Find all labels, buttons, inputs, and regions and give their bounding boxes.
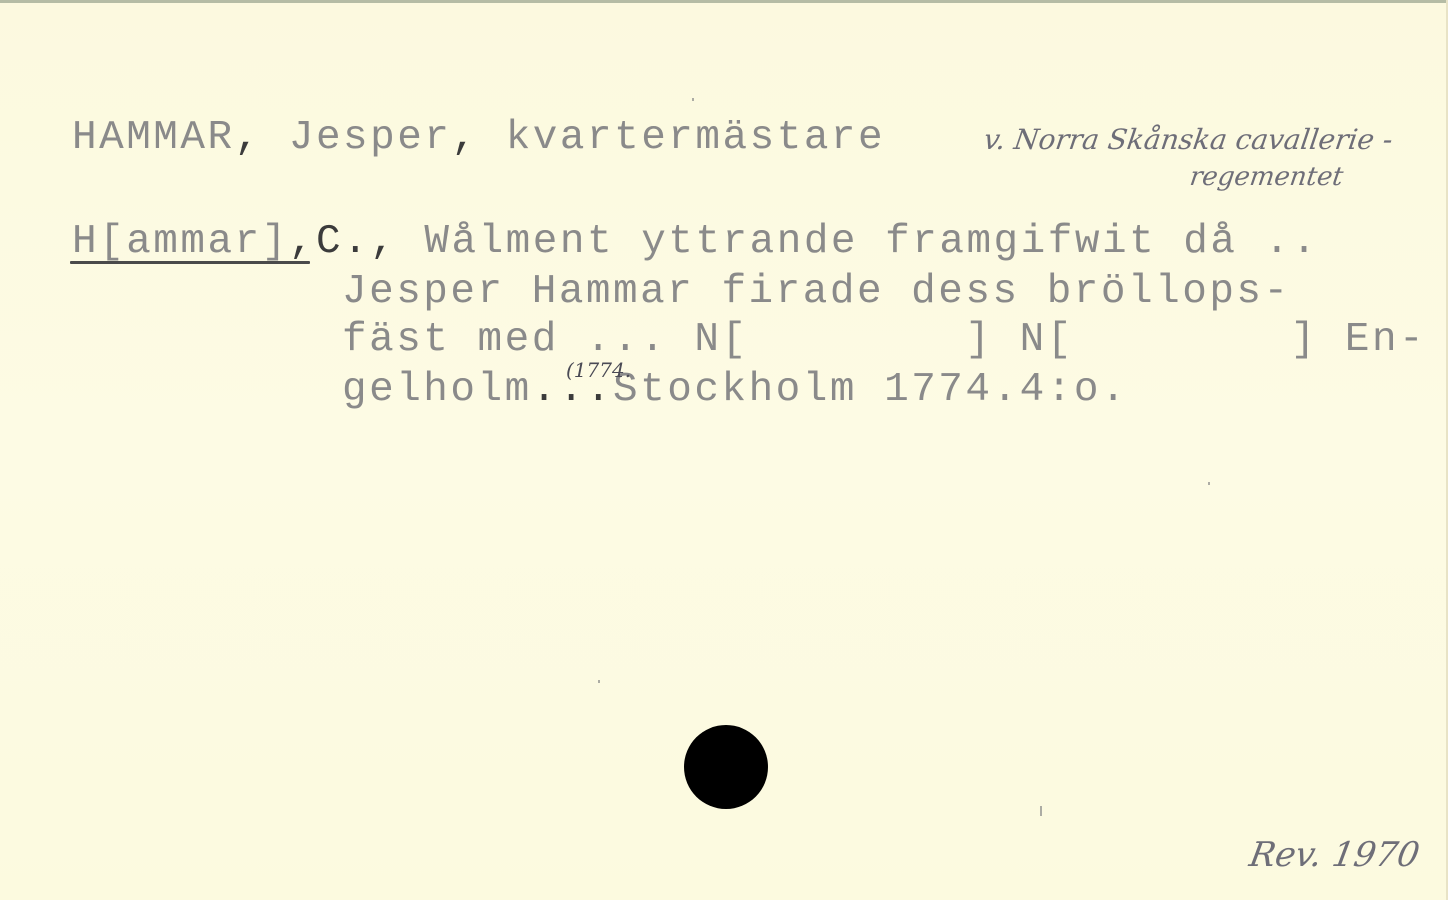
handwritten-regiment-note-line2: regementet — [1188, 164, 1345, 190]
place-engelholm: gelholm — [342, 367, 532, 413]
ink-speck — [598, 680, 600, 683]
occupation-title: kvartermästare — [506, 115, 885, 161]
handwritten-year-annotation: (1774. — [566, 360, 631, 380]
entry-line-2: Jesper Hammar firade dess bröllops- — [342, 272, 1291, 313]
given-name: Jesper — [289, 115, 452, 161]
author-underline — [70, 261, 310, 264]
entry-line-3: fäst med ... N[ ] N[ ] En- — [342, 320, 1426, 361]
ink-speck — [1040, 806, 1042, 816]
index-card: HAMMAR, Jesper, kvartermästare v. Norra … — [0, 0, 1448, 900]
surname: HAMMAR — [72, 115, 235, 161]
punch-hole — [684, 725, 768, 809]
comma-separator: , — [451, 115, 505, 161]
author-suffix: ,C., — [289, 219, 425, 265]
revision-note: Rev. 1970 — [1247, 838, 1422, 872]
title-start: Wålment yttrande framgifwit då .. — [424, 219, 1318, 265]
handwritten-regiment-note-line1: v. Norra Skånska cavallerie - — [982, 126, 1394, 154]
author-abbrev: H[ammar] — [72, 219, 289, 265]
imprint: Stockholm 1774.4:o. — [613, 367, 1128, 413]
ink-speck — [692, 98, 694, 101]
entry-line-4: gelholm...Stockholm 1774.4:o. — [342, 370, 1128, 411]
ink-speck — [1208, 482, 1210, 485]
comma-separator: , — [235, 115, 289, 161]
heading-line: HAMMAR, Jesper, kvartermästare — [72, 118, 885, 159]
entry-line-1: H[ammar],C., Wålment yttrande framgifwit… — [72, 222, 1319, 263]
